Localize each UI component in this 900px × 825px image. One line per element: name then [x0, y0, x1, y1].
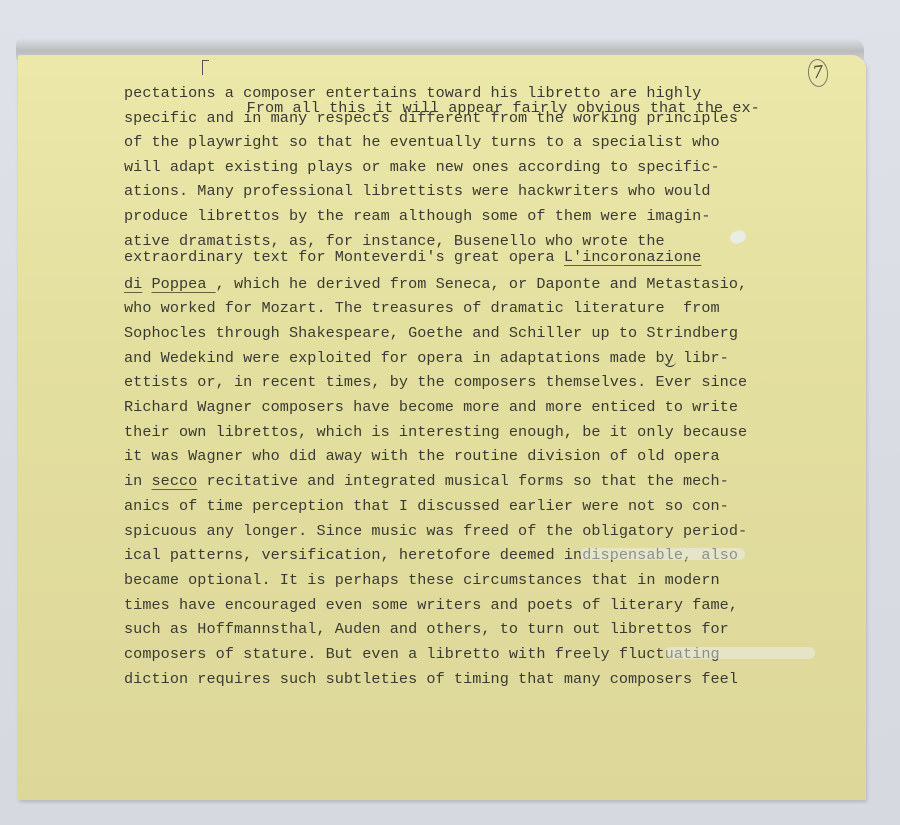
opera-title-underlined-poppea: Poppea	[152, 275, 216, 293]
text-line-18: in secco recitative and integrated music…	[124, 471, 729, 491]
text-line-4: of the playwright so that he eventually …	[124, 132, 720, 152]
text-line-3: specific and in many respects different …	[124, 108, 738, 128]
text-line-10: di Poppea , which he derived from Seneca…	[124, 274, 747, 294]
correction-fluid-mark	[580, 548, 745, 560]
text-line-7: produce librettos by the ream although s…	[124, 206, 711, 226]
correction-fluid-mark	[665, 647, 815, 659]
text-line-19: anics of time perception that I discusse…	[124, 496, 729, 516]
text-line-9: extraordinary text for Monteverdi's grea…	[124, 247, 701, 267]
text-line-20: spicuous any longer. Since music was fre…	[124, 521, 747, 541]
text-line-16: their own librettos, which is interestin…	[124, 422, 747, 442]
text-line-24: such as Hoffmannsthal, Auden and others,…	[124, 619, 729, 639]
text-line-22: became optional. It is perhaps these cir…	[124, 570, 720, 590]
text-line-5: will adapt existing plays or make new on…	[124, 157, 720, 177]
text-line-14: ettists or, in recent times, by the comp…	[124, 372, 747, 392]
secco-underlined: secco	[152, 472, 198, 490]
text-line-17: it was Wagner who did away with the rout…	[124, 446, 720, 466]
text-line-26: diction requires such subtleties of timi…	[124, 669, 738, 689]
opera-title-underlined: L'incoronazione	[564, 248, 701, 266]
text-line-23: times have encouraged even some writers …	[124, 595, 738, 615]
text-line-13: and Wedekind were exploited for opera in…	[124, 348, 729, 368]
text-line-2: pectations a composer entertains toward …	[124, 83, 701, 103]
text-line-12: Sophocles through Shakespeare, Goethe an…	[124, 323, 738, 343]
text-line-1: From all this it will appear fairly obvi…	[210, 58, 760, 78]
opera-title-underlined-di: di	[124, 275, 142, 293]
paragraph-bracket-mark	[202, 60, 209, 75]
text-line-6: ations. Many professional librettists we…	[124, 181, 711, 201]
text-line-15: Richard Wagner composers have become mor…	[124, 397, 738, 417]
text-line-25: composers of stature. But even a librett…	[124, 644, 720, 664]
text-line-11: who worked for Mozart. The treasures of …	[124, 298, 720, 318]
